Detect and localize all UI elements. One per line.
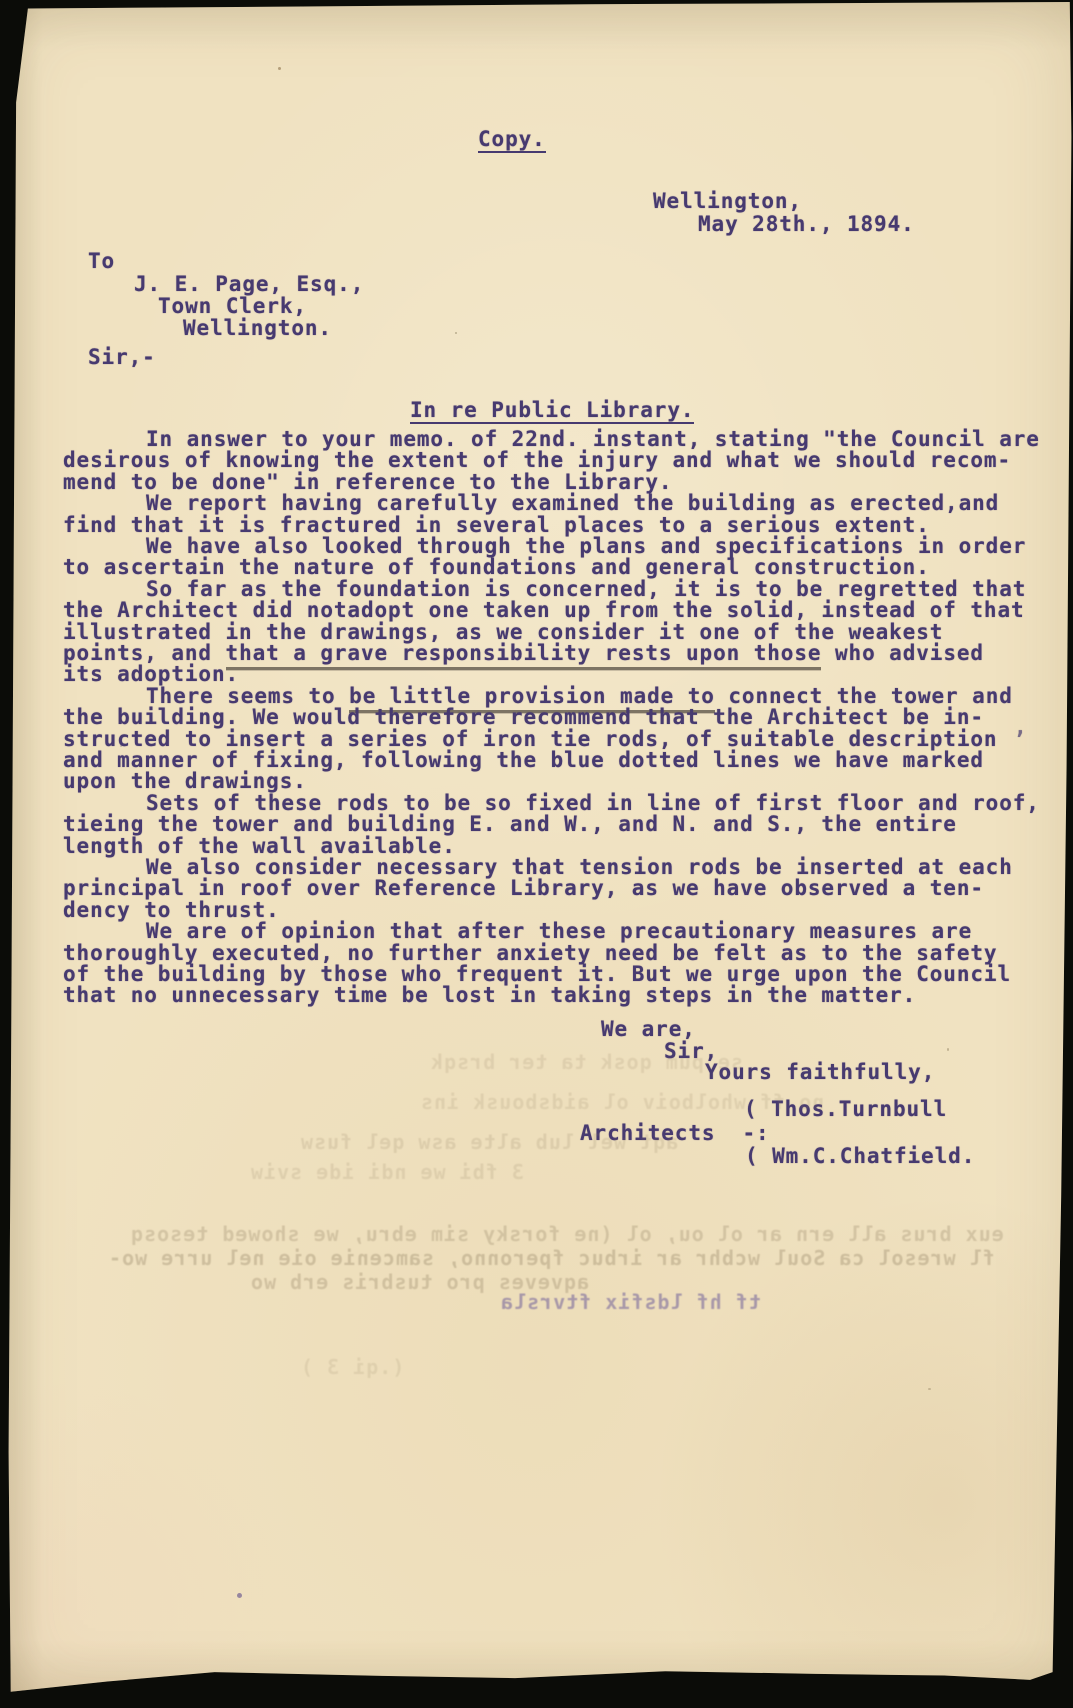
body-line: We have also looked through the plans an…	[63, 535, 1026, 557]
body-line: Sets of these rods to be so fixed in lin…	[63, 792, 1040, 814]
letter-page: Copy. Wellington, May 28th., 1894. To J.…	[0, 0, 1073, 1708]
ghost-bleedthrough-line: aqt wel lub alte asw qel fusw	[300, 1130, 678, 1154]
closing-we-are: We are,	[601, 1018, 696, 1040]
body-line: find that it is fractured in several pla…	[63, 514, 930, 536]
paper-speck	[928, 1388, 931, 1390]
place-line: Wellington,	[653, 190, 802, 212]
ghost-bleedthrough-line: no ff wholboiv ol aidsbousk ins	[420, 1090, 824, 1114]
ghost-bleedthrough-line: tf hf ldsfix ftvrsla	[500, 1290, 761, 1314]
salutation: Sir,-	[88, 346, 156, 368]
body-line: upon the drawings.	[63, 770, 307, 792]
body-line: We also consider necessary that tension …	[63, 856, 1013, 878]
signature-name-chatfield: ( Wm.C.Chatfield.	[745, 1145, 975, 1167]
recipient-name: J. E. Page, Esq.,	[134, 273, 364, 295]
body-line: desirous of knowing the extent of the in…	[63, 449, 1011, 471]
to-label: To	[88, 250, 115, 272]
body-line: its adoption.	[63, 663, 239, 685]
body-line: to ascertain the nature of foundations a…	[63, 556, 930, 578]
body-line: of the building by those who frequent it…	[63, 963, 1011, 985]
recipient-title: Town Clerk,	[158, 295, 307, 317]
ghost-bleedthrough-line: se pum qosk ta ter brsqk	[430, 1050, 743, 1074]
body-line: We are of opinion that after these preca…	[63, 920, 972, 942]
copy-label: Copy.	[478, 128, 546, 153]
body-line: thoroughly executed, no further anxiety …	[63, 942, 997, 964]
stray-ink-mark: ,	[1014, 716, 1028, 738]
body-line: that no unnecessary time be lost in taki…	[63, 984, 916, 1006]
ghost-bleedthrough-line: (.qi 3 )	[300, 1355, 404, 1379]
body-line: dency to thrust.	[63, 899, 280, 921]
ghost-bleedthrough-line: eux brus all ern ar ol ou, ol (ne forsky…	[130, 1222, 1004, 1246]
body-line: tieing the tower and building E. and W.,…	[63, 813, 957, 835]
body-line-pencil-underlined: points, and that a grave responsibility …	[63, 642, 984, 664]
body-line: We report having carefully examined the …	[63, 492, 999, 514]
recipient-city: Wellington.	[183, 317, 332, 339]
date-line: May 28th., 1894.	[698, 213, 915, 235]
body-line: and manner of fixing, following the blue…	[63, 749, 984, 771]
paper-speck	[120, 745, 122, 747]
paper-speck	[278, 67, 281, 70]
body-line: length of the wall available.	[63, 835, 456, 857]
body-line-post: who advised	[821, 641, 984, 665]
body-line: So far as the foundation is concerned, i…	[63, 578, 1026, 600]
body-line: the Architect did notadopt one taken up …	[63, 599, 1025, 621]
body-line: principal in roof over Reference Library…	[63, 877, 984, 899]
paper-speck	[455, 332, 457, 334]
ghost-bleedthrough-line: 3 fbi we ndi ide sviw	[250, 1160, 524, 1184]
scanned-letter-canvas: Copy. Wellington, May 28th., 1894. To J.…	[0, 0, 1073, 1708]
body-line: illustrated in the drawings, as we consi…	[63, 621, 943, 643]
body-line: mend to be done" in reference to the Lib…	[63, 471, 672, 493]
body-line: In answer to your memo. of 22nd. instant…	[63, 428, 1040, 450]
pencil-underlined-text: that a grave responsibility rests upon t…	[226, 641, 822, 670]
body-line: the building. We would therefore recomme…	[63, 706, 984, 728]
body-line-pencil-underlined: There seems to be little provision made …	[63, 685, 1013, 707]
body-line: structed to insert a series of iron tie …	[63, 728, 997, 750]
subject-line: In re Public Library.	[410, 399, 694, 424]
paper-speck	[947, 1048, 949, 1051]
ghost-bleedthrough-line: fl wresol ca Soul wcbhr ar irbuc fperonn…	[108, 1246, 995, 1270]
ink-blot	[237, 1593, 242, 1598]
